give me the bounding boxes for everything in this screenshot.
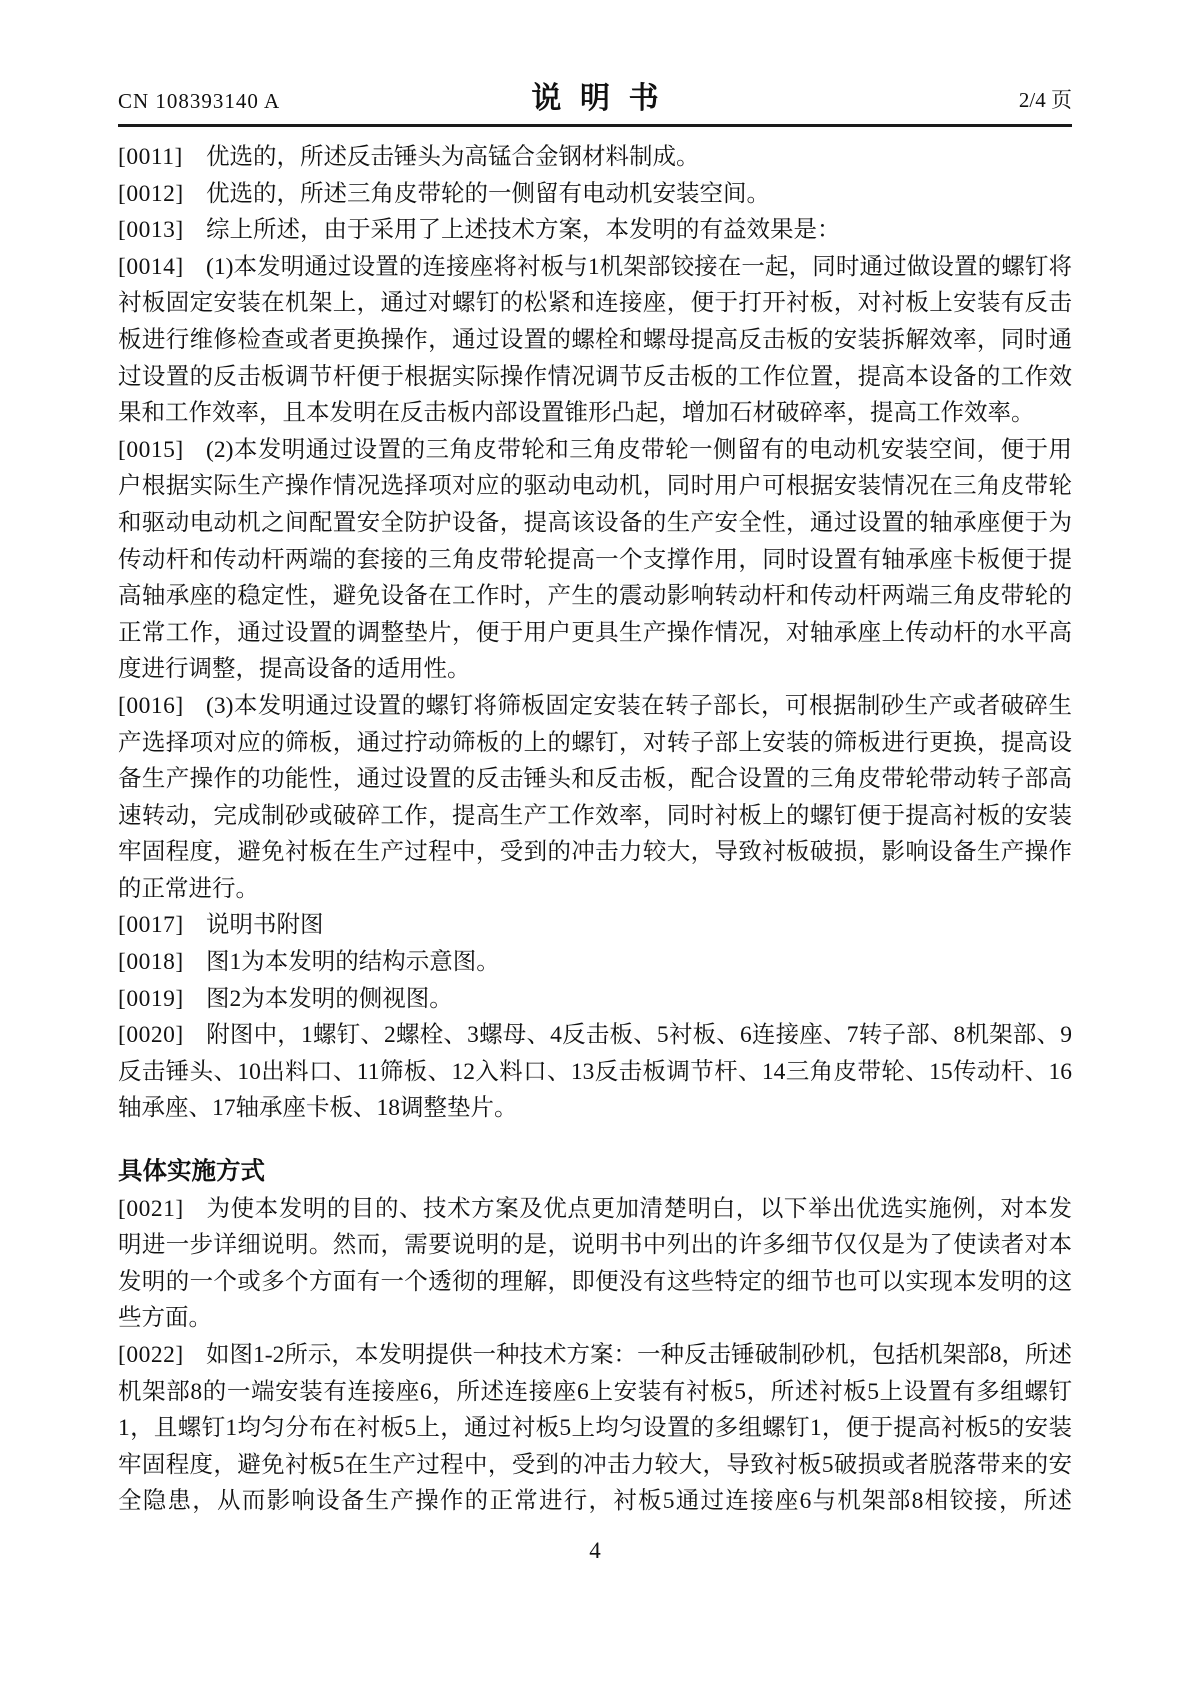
paragraph: [0012]优选的，所述三角皮带轮的一侧留有电动机安装空间。 — [118, 176, 1072, 213]
paragraph-text: (1)本发明通过设置的连接座将衬板与1机架部铰接在一起，同时通过做设置的螺钉将衬… — [118, 254, 1072, 426]
paragraph-number: [0012] — [118, 176, 206, 213]
patent-document-page: CN 108393140 A 说明书 2/4 页 [0011]优选的，所述反击锤… — [0, 0, 1190, 1684]
paragraph: [0013]综上所述，由于采用了上述技术方案，本发明的有益效果是： — [118, 212, 1072, 249]
paragraph-number: [0021] — [118, 1191, 206, 1228]
paragraph: [0022]如图1-2所示，本发明提供一种技术方案：一种反击锤破制砂机，包括机架… — [118, 1337, 1072, 1520]
paragraph-number: [0018] — [118, 944, 206, 981]
paragraph-text: 说明书附图 — [206, 912, 324, 938]
paragraph-text: 综上所述，由于采用了上述技术方案，本发明的有益效果是： — [206, 217, 841, 243]
paragraph-number: [0017] — [118, 907, 206, 944]
paragraph: [0019]图2为本发明的侧视图。 — [118, 981, 1072, 1018]
paragraph: [0016](3)本发明通过设置的螺钉将筛板固定安装在转子部长，可根据制砂生产或… — [118, 688, 1072, 908]
paragraph-number: [0014] — [118, 249, 206, 286]
page-content: CN 108393140 A 说明书 2/4 页 [0011]优选的，所述反击锤… — [118, 70, 1072, 1520]
paragraph-number: [0013] — [118, 212, 206, 249]
paragraph: [0014](1)本发明通过设置的连接座将衬板与1机架部铰接在一起，同时通过做设… — [118, 249, 1072, 432]
paragraph-text: 附图中，1螺钉、2螺栓、3螺母、4反击板、5衬板、6连接座、7转子部、8机架部、… — [118, 1022, 1072, 1121]
footer-page-number: 4 — [0, 1538, 1190, 1564]
document-title: 说明书 — [531, 73, 677, 117]
paragraph-text: 图1为本发明的结构示意图。 — [206, 949, 500, 975]
paragraph-number: [0016] — [118, 688, 206, 725]
paragraph: [0015](2)本发明通过设置的三角皮带轮和三角皮带轮一侧留有的电动机安装空间… — [118, 432, 1072, 688]
paragraph: [0017]说明书附图 — [118, 907, 1072, 944]
paragraph-number: [0022] — [118, 1337, 206, 1374]
paragraph-text: 优选的，所述反击锤头为高锰合金钢材料制成。 — [206, 144, 700, 170]
paragraph: [0020]附图中，1螺钉、2螺栓、3螺母、4反击板、5衬板、6连接座、7转子部… — [118, 1017, 1072, 1127]
paragraph: [0018]图1为本发明的结构示意图。 — [118, 944, 1072, 981]
patent-number: CN 108393140 A — [118, 89, 531, 114]
page-header: CN 108393140 A 说明书 2/4 页 — [118, 70, 1072, 127]
paragraph-number: [0020] — [118, 1017, 206, 1054]
page-indicator: 2/4 页 — [659, 84, 1072, 114]
paragraph: [0021]为使本发明的目的、技术方案及优点更加清楚明白，以下举出优选实施例，对… — [118, 1191, 1072, 1337]
section-heading: 具体实施方式 — [118, 1154, 1072, 1191]
paragraph-text: 为使本发明的目的、技术方案及优点更加清楚明白，以下举出优选实施例，对本发明进一步… — [118, 1196, 1072, 1332]
paragraph-text: 优选的，所述三角皮带轮的一侧留有电动机安装空间。 — [206, 181, 770, 207]
paragraph-text: (3)本发明通过设置的螺钉将筛板固定安装在转子部长，可根据制砂生产或者破碎生产选… — [118, 693, 1072, 902]
paragraph-text: 图2为本发明的侧视图。 — [206, 986, 453, 1012]
paragraph-text: (2)本发明通过设置的三角皮带轮和三角皮带轮一侧留有的电动机安装空间，便于用户根… — [118, 437, 1072, 683]
paragraph: [0011]优选的，所述反击锤头为高锰合金钢材料制成。 — [118, 139, 1072, 176]
paragraph-number: [0019] — [118, 981, 206, 1018]
document-body: [0011]优选的，所述反击锤头为高锰合金钢材料制成。 [0012]优选的，所述… — [118, 139, 1072, 1520]
paragraph-number: [0011] — [118, 139, 206, 176]
paragraph-text: 如图1-2所示，本发明提供一种技术方案：一种反击锤破制砂机，包括机架部8，所述机… — [118, 1342, 1072, 1514]
paragraph-number: [0015] — [118, 432, 206, 469]
